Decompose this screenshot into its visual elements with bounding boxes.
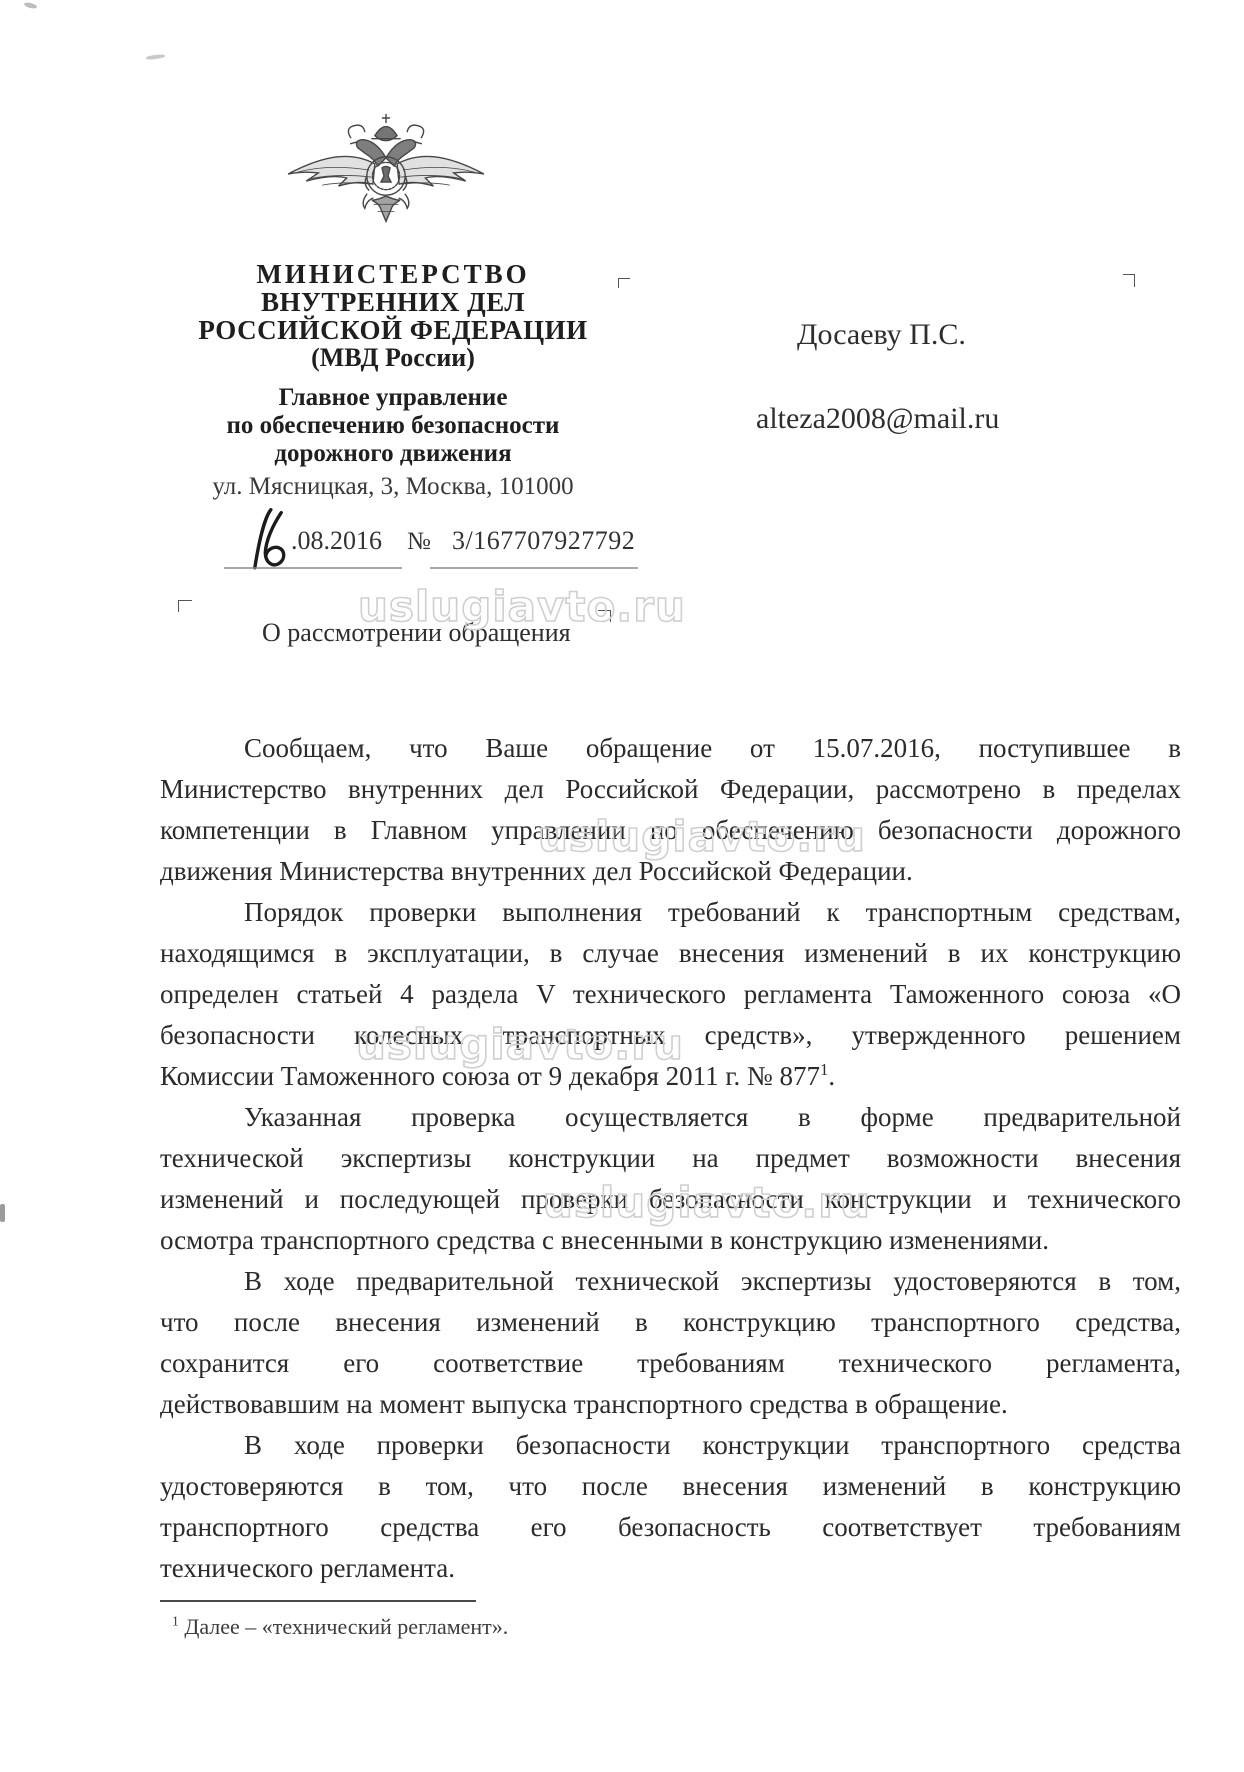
body-line: технического регламента. bbox=[160, 1548, 1181, 1589]
body-line: Порядок проверки выполнения требований к… bbox=[160, 892, 1181, 933]
body-line: В ходе проверки безопасности конструкции… bbox=[160, 1425, 1181, 1466]
number-sign: № bbox=[407, 528, 431, 556]
department-name-line: дорожного движения bbox=[150, 440, 636, 468]
department-name-line: Главное управление bbox=[150, 384, 636, 412]
body-line: Сообщаем, что Ваше обращение от 15.07.20… bbox=[160, 728, 1181, 769]
outgoing-number: 3/167707927792 bbox=[452, 526, 635, 556]
subject-line: О рассмотрении обращения bbox=[262, 618, 571, 648]
number-underline bbox=[430, 567, 638, 569]
ministry-name-line: МИНИСТЕРСТВО bbox=[150, 260, 636, 288]
mvd-double-headed-eagle-emblem bbox=[278, 110, 494, 236]
ministry-name-line: РОССИЙСКОЙ ФЕДЕРАЦИИ bbox=[150, 316, 636, 344]
body-line: изменений и последующей проверки безопас… bbox=[160, 1179, 1181, 1220]
sender-postal-address: ул. Мясницкая, 3, Москва, 101000 bbox=[150, 474, 636, 500]
body-line: определен статьей 4 раздела V техническо… bbox=[160, 974, 1181, 1015]
body-line: безопасности колесных транспортных средс… bbox=[160, 1015, 1181, 1056]
body-text: Сообщаем, что Ваше обращение от 15.07.20… bbox=[160, 728, 1181, 1589]
body-line: что после внесения изменений в конструкц… bbox=[160, 1302, 1181, 1343]
corner-mark bbox=[1123, 274, 1135, 287]
body-line: технической экспертизы конструкции на пр… bbox=[160, 1138, 1181, 1179]
body-line: удостоверяются в том, что после внесения… bbox=[160, 1466, 1181, 1507]
corner-mark bbox=[178, 600, 192, 612]
body-line: находящимся в эксплуатации, в случае вне… bbox=[160, 933, 1181, 974]
body-line: действовавшим на момент выпуска транспор… bbox=[160, 1384, 1181, 1425]
body-line: Комиссии Таможенного союза от 9 декабря … bbox=[160, 1056, 1181, 1097]
body-line: Министерство внутренних дел Российской Ф… bbox=[160, 769, 1181, 810]
body-line: движения Министерства внутренних дел Рос… bbox=[160, 851, 1181, 892]
body-line: осмотра транспортного средства с внесенн… bbox=[160, 1220, 1181, 1261]
scan-artifact bbox=[0, 1204, 5, 1222]
footnote-rule bbox=[160, 1600, 476, 1602]
corner-mark bbox=[598, 610, 611, 622]
scanned-letter-page: МИНИСТЕРСТВО ВНУТРЕННИХ ДЕЛ РОССИЙСКОЙ Ф… bbox=[0, 0, 1244, 1772]
footnote-text: 1 Далее – «технический регламент». bbox=[172, 1614, 508, 1640]
body-line: транспортного средства его безопасность … bbox=[160, 1507, 1181, 1548]
date-underline bbox=[224, 567, 402, 569]
ministry-name-line: ВНУТРЕННИХ ДЕЛ bbox=[150, 288, 636, 316]
ministry-abbreviation: (МВД России) bbox=[150, 344, 636, 372]
body-line: Указанная проверка осуществляется в форм… bbox=[160, 1097, 1181, 1138]
department-name-line: по обеспечению безопасности bbox=[150, 412, 636, 440]
corner-mark bbox=[618, 278, 630, 288]
body-line: компетенции в Главном управлении по обес… bbox=[160, 810, 1181, 851]
body-line: В ходе предварительной технической экспе… bbox=[160, 1261, 1181, 1302]
letter-date: .08.2016 bbox=[291, 526, 382, 556]
body-line: сохранится его соответствие требованиям … bbox=[160, 1343, 1181, 1384]
scan-artifact bbox=[24, 2, 38, 10]
scan-artifact bbox=[146, 54, 165, 60]
letterhead: МИНИСТЕРСТВО ВНУТРЕННИХ ДЕЛ РОССИЙСКОЙ Ф… bbox=[150, 260, 636, 500]
recipient-name: Досаеву П.С. bbox=[797, 318, 966, 352]
recipient-email: alteza2008@mail.ru bbox=[756, 402, 999, 436]
